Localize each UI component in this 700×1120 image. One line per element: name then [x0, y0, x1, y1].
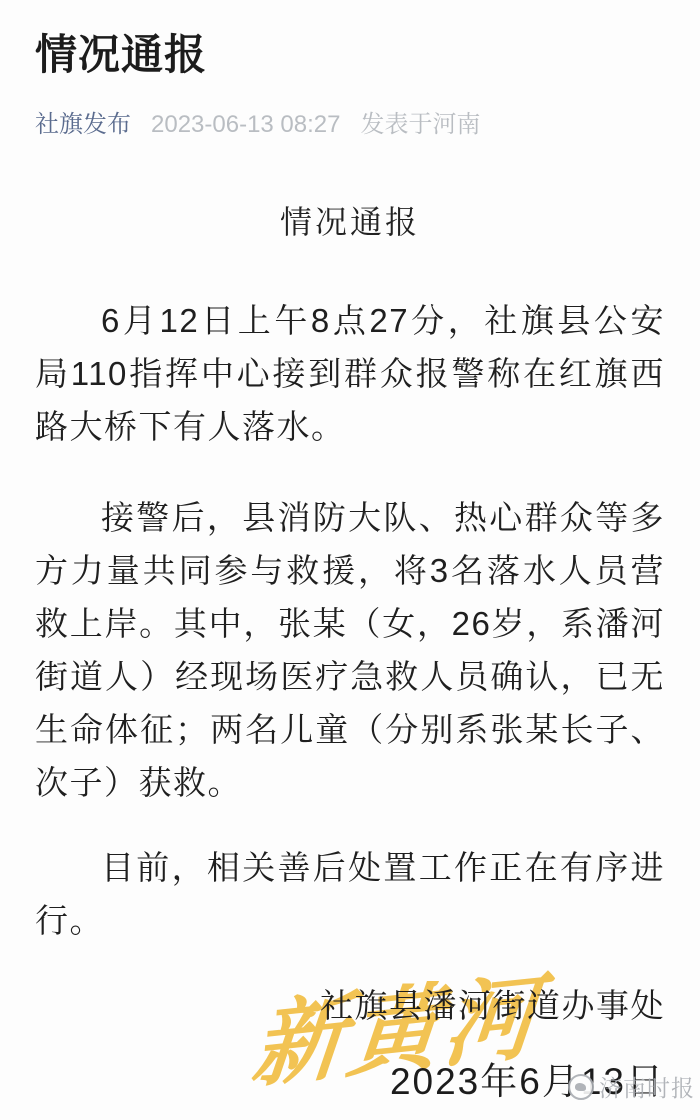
notice-subtitle: 情况通报	[35, 202, 665, 242]
publish-location: 发表于河南	[361, 110, 481, 140]
issuing-office-signature: 社旗县潘河街道办事处	[35, 979, 665, 1032]
page-title: 情况通报	[35, 0, 665, 80]
article-meta: 社旗发布 2023-06-13 08:27 发表于河南	[35, 110, 665, 140]
notice-date: 2023年6月13日	[35, 1058, 665, 1106]
notice-paragraph-2: 接警后，县消防大队、热心群众等多方力量共同参与救援，将3名落水人员营救上岸。其中…	[35, 491, 665, 809]
article-page: 新黄河 情况通报 社旗发布 2023-06-13 08:27 发表于河南 情况通…	[0, 0, 700, 1120]
article-content: 情况通报 社旗发布 2023-06-13 08:27 发表于河南 情况通报 6月…	[0, 0, 700, 1106]
publish-timestamp: 2023-06-13 08:27	[151, 110, 341, 140]
notice-paragraph-3: 目前，相关善后处置工作正在有序进行。	[35, 841, 665, 947]
account-name-link[interactable]: 社旗发布	[35, 110, 131, 140]
notice-paragraph-1: 6月12日上午8点27分，社旗县公安局110指挥中心接到群众报警称在红旗西路大桥…	[35, 294, 665, 453]
